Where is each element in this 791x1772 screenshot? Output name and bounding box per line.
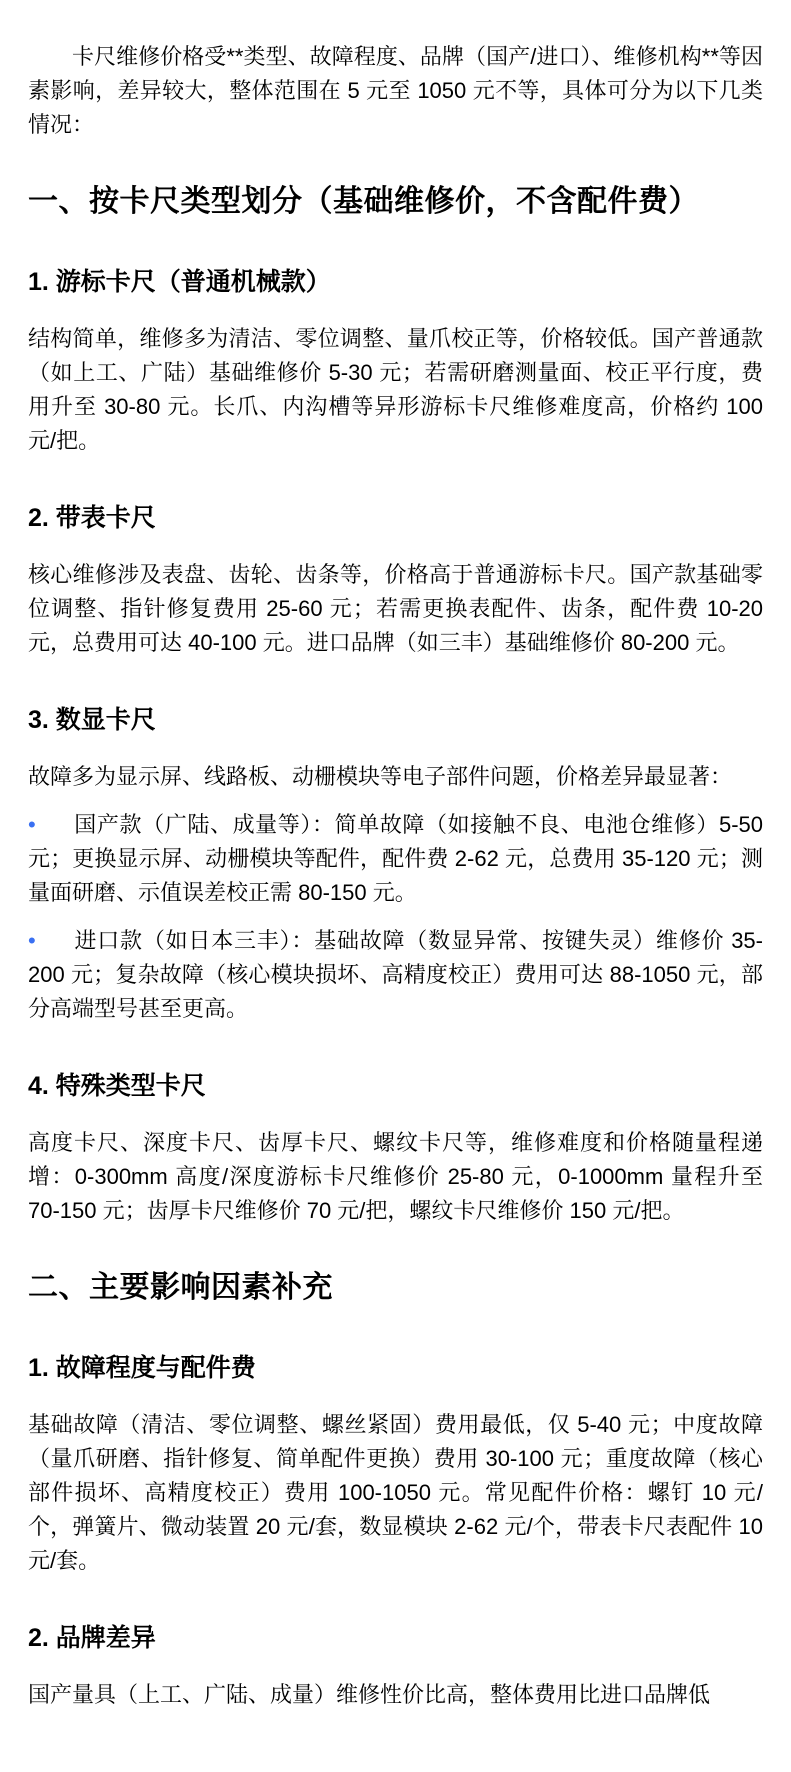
section-dial-caliper-heading: 2. 带表卡尺 [28, 500, 763, 536]
list-item-text: 国产款（广陆、成量等）：简单故障（如接触不良、电池仓维修）5-50 元；更换显示… [28, 812, 763, 905]
section-special-caliper-paragraph: 高度卡尺、深度卡尺、齿厚卡尺、螺纹卡尺等，维修难度和价格随量程递增：0-300m… [28, 1126, 763, 1228]
document-page: 卡尺维修价格受**类型、故障程度、品牌（国产/进口）、维修机构**等因素影响，差… [0, 0, 791, 1772]
section-vernier-caliper-heading: 1. 游标卡尺（普通机械款） [28, 264, 763, 300]
list-item-imported-digital: •进口款（如日本三丰）：基础故障（数显异常、按键失灵）维修价 35-200 元；… [28, 924, 763, 1026]
section-digital-caliper-heading: 3. 数显卡尺 [28, 702, 763, 738]
bullet-icon: • [28, 928, 36, 953]
section-brand-difference-heading: 2. 品牌差异 [28, 1620, 763, 1656]
intro-paragraph: 卡尺维修价格受**类型、故障程度、品牌（国产/进口）、维修机构**等因素影响，差… [28, 40, 763, 142]
list-item-domestic-digital: •国产款（广陆、成量等）：简单故障（如接触不良、电池仓维修）5-50 元；更换显… [28, 808, 763, 910]
section-vernier-caliper-paragraph: 结构简单，维修多为清洁、零位调整、量爪校正等，价格较低。国产普通款（如上工、广陆… [28, 322, 763, 458]
section-digital-caliper-paragraph: 故障多为显示屏、线路板、动栅模块等电子部件问题，价格差异最显著： [28, 760, 763, 794]
part1-heading: 一、按卡尺类型划分（基础维修价，不含配件费） [28, 182, 763, 222]
section-brand-difference-paragraph: 国产量具（上工、广陆、成量）维修性价比高，整体费用比进口品牌低 [28, 1678, 763, 1712]
section-dial-caliper-paragraph: 核心维修涉及表盘、齿轮、齿条等，价格高于普通游标卡尺。国产款基础零位调整、指针修… [28, 558, 763, 660]
section-special-caliper-heading: 4. 特殊类型卡尺 [28, 1068, 763, 1104]
section-fault-parts-paragraph: 基础故障（清洁、零位调整、螺丝紧固）费用最低，仅 5-40 元；中度故障（量爪研… [28, 1408, 763, 1578]
bullet-icon: • [28, 812, 36, 837]
section-fault-parts-heading: 1. 故障程度与配件费 [28, 1350, 763, 1386]
list-item-text: 进口款（如日本三丰）：基础故障（数显异常、按键失灵）维修价 35-200 元；复… [28, 928, 763, 1021]
part2-heading: 二、主要影响因素补充 [28, 1268, 763, 1308]
